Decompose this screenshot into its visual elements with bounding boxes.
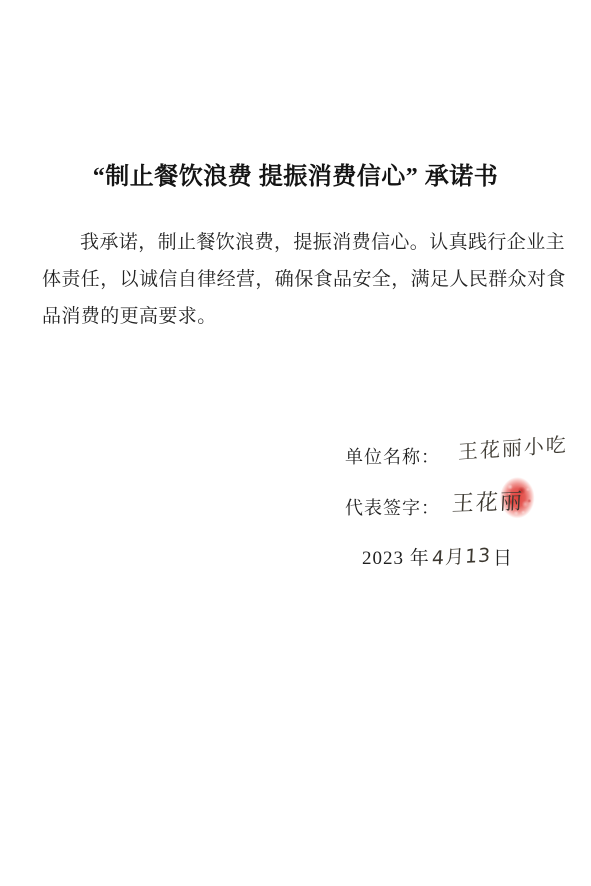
org-name-label: 单位名称： [345, 447, 440, 467]
date-row: 2023 年4月13日 [362, 543, 513, 570]
body-line-3: 品消费的更高要求。 [42, 298, 548, 335]
org-name-handwritten-value: 王花丽小吃 [458, 428, 568, 465]
body-line-2: 体责任，以诚信自律经营，确保食品安全，满足人民群众对食 [42, 261, 548, 298]
representative-signature-label: 代表签字： [345, 498, 440, 518]
document-title: “制止餐饮浪费 提振消费信心” 承诺书 [0, 156, 591, 191]
org-name-row: 单位名称：王花丽小吃 [345, 440, 568, 469]
body-paragraph: 我承诺，制止餐饮浪费，提振消费信心。认真践行企业主 体责任，以诚信自律经营，确保… [42, 224, 548, 335]
date-prefix: 2023 年 [362, 548, 430, 569]
representative-signature-row: 代表签字：王花丽 [345, 490, 524, 521]
date-handwritten-value: 4月13 [431, 540, 492, 570]
body-line-1: 我承诺，制止餐饮浪费，提振消费信心。认真践行企业主 [42, 224, 548, 261]
date-suffix: 日 [493, 548, 513, 569]
representative-signature-handwritten: 王花丽 [451, 484, 525, 518]
scanned-document-page: “制止餐饮浪费 提振消费信心” 承诺书 我承诺，制止餐饮浪费，提振消费信心。认真… [0, 0, 591, 886]
